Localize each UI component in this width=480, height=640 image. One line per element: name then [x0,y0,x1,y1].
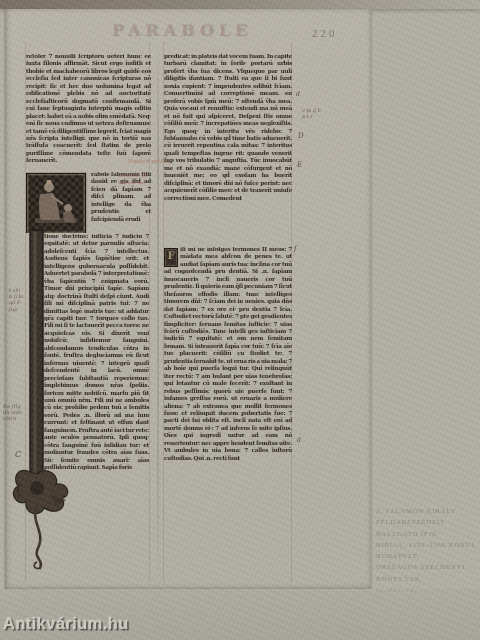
right-margin-note: v ſa q̄ b p t r [302,108,332,120]
initial-descender [10,166,80,576]
caption-line: BIBLIA, 1350–1360 KÖRÜL [376,540,476,551]
plate-caption: 3. SALAMON KIRÁLY PÉLDABESZÉDEIT HALLGAT… [376,506,476,596]
chapter-initial-f: F [164,248,178,267]
left-margin-mark-z: ʒ [33,305,37,313]
right-margin-mark-d2: d [297,437,301,444]
folio-number: 220 [312,28,338,40]
caption-line: KÖNYVTÁR, [376,574,476,585]
left-column-prologue: retoler 7 nōnulli ſcriptorū ueteri hunc … [26,54,151,172]
right-column-lower-body: ili mi ne inſoſges ſermones II meos: 7 m… [164,247,292,462]
caption-line: ORSZÁGOS SZÉCHÉNYI [376,562,476,573]
caption-line: BUDAPEST, [376,551,476,562]
left-margin-gloss-b: Ne ſtīg illi nale cōtra [3,404,29,423]
top-edge-shadow [0,0,480,9]
antikvarium-watermark: Antikvárium.hu [3,615,129,634]
right-column-lower-text: F ili mi ne inſoſges ſermones II meos: 7… [164,247,292,473]
right-margin-mark-D: D [298,132,304,140]
gutter-crease [157,40,159,585]
running-title: PARABOLE [112,21,252,40]
caption-shelfmark: CLMAE 78. [376,585,476,596]
caption-line: HALLGATÓ IFJÚ [376,529,476,540]
caption-line: PÉLDABESZÉDEIT [376,517,476,528]
right-margin-mark-E: E [297,161,302,169]
right-column-upper-text: predicat: in plateis dat vocem ſuam. In … [164,54,292,247]
left-margin-gloss-a: t chi b ſcīa qd ē ſup [9,288,27,313]
right-margin-mark-d1: d [296,91,300,98]
right-margin-mark-s: ſ [294,245,297,253]
rubric-incipit-line2: rabole ſal' [118,180,158,187]
caption-line: 3. SALAMON KIRÁLY [376,506,476,517]
rubric-incipit-line1: incipiūt pa [118,173,158,180]
left-margin-mark-c: C [15,450,21,459]
